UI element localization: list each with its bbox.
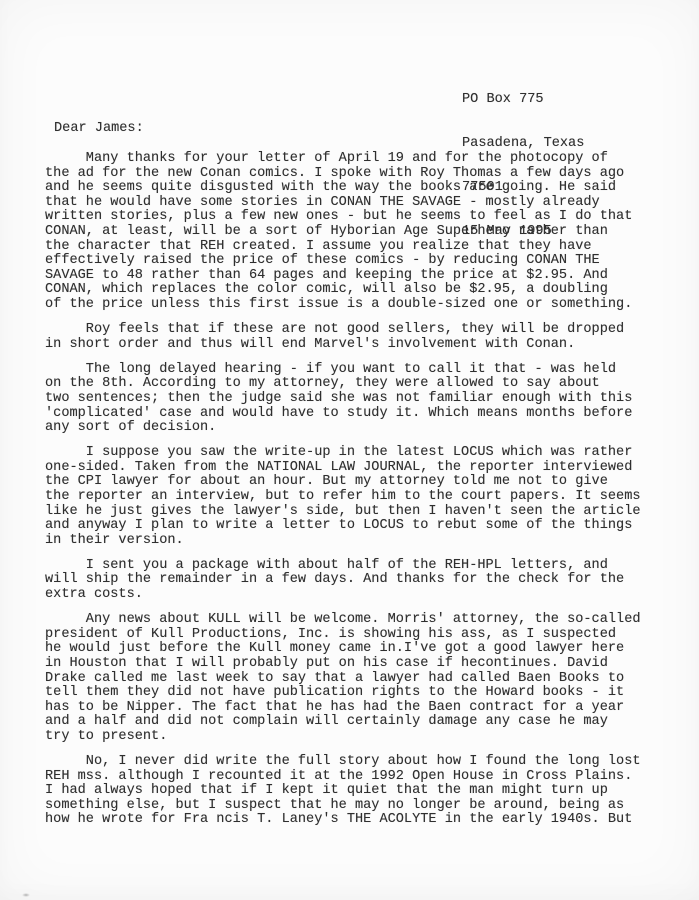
- letter-page: PO Box 775 Pasadena, Texas 77501 15 May …: [0, 0, 699, 900]
- paragraph-kull: Any news about KULL will be welcome. Mor…: [45, 613, 673, 744]
- letter-body: Many thanks for your letter of April 19 …: [45, 152, 673, 838]
- paragraph-marvel-involvement: Roy feels that if these are not good sel…: [45, 323, 673, 352]
- paragraph-locus-writeup: I suppose you saw the write-up in the la…: [45, 446, 673, 548]
- sender-city-state: Pasadena, Texas: [462, 137, 584, 152]
- sender-po-box: PO Box 775: [462, 93, 584, 108]
- paragraph-conan-comics: Many thanks for your letter of April 19 …: [45, 152, 673, 313]
- paragraph-hearing: The long delayed hearing - if you want t…: [45, 363, 673, 436]
- paragraph-reh-hpl-letters: I sent you a package with about half of …: [45, 559, 673, 603]
- salutation: Dear James:: [54, 122, 144, 137]
- scan-artifact-speck: [22, 893, 30, 897]
- paragraph-reh-mss: No, I never did write the full story abo…: [45, 755, 673, 828]
